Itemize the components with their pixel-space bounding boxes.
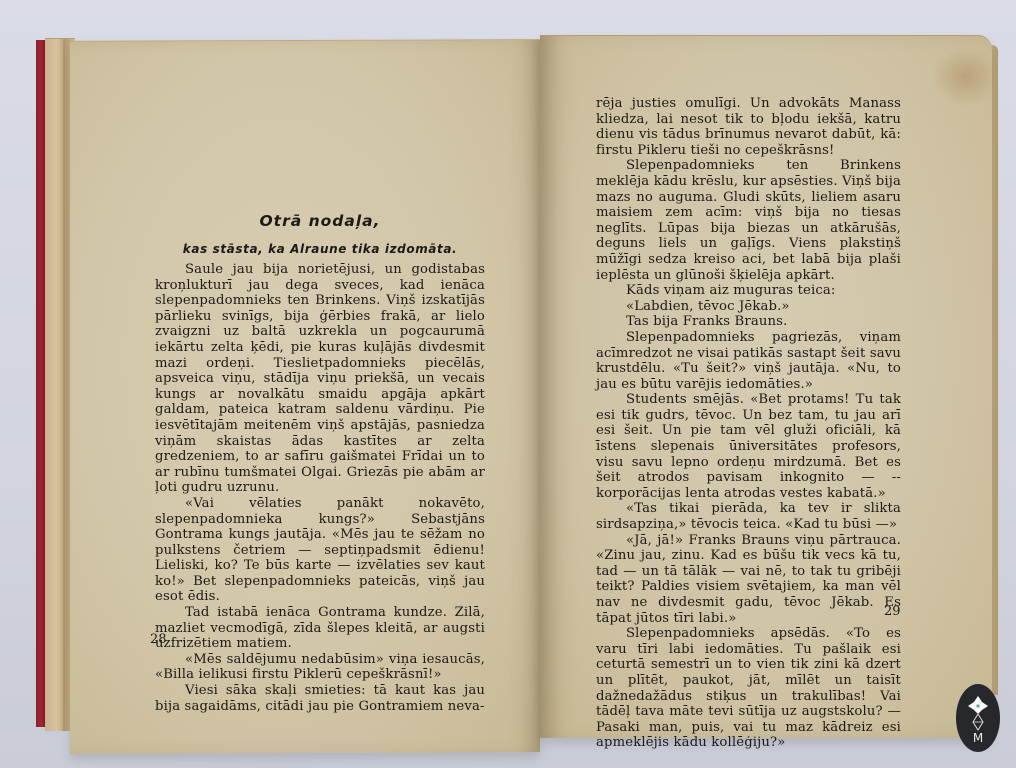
chapter-title: Otrā nodaļa, xyxy=(155,212,485,230)
svg-text:M: M xyxy=(973,731,983,745)
paragraph: «Labdien, tēvoc Jēkab.» xyxy=(596,299,901,315)
paragraph: Slepenpadomnieks pagriezās, viņam acīmre… xyxy=(596,330,901,392)
page-number-right: 29 xyxy=(884,604,901,619)
paragraph: «Mēs saldējumu nedabūsim» viņa iesaucās,… xyxy=(155,652,485,683)
diamond-flower-m-logo-icon: M xyxy=(956,684,1000,752)
paragraph: Saule jau bija norietējusi, un godistaba… xyxy=(155,262,485,496)
book-cover-spine xyxy=(36,40,45,727)
watermark-logo: M xyxy=(956,684,1000,752)
paragraph: Tad istabā ienāca Gontrama kundze. Zilā,… xyxy=(155,605,485,652)
page-number-left: 28 xyxy=(150,632,167,647)
chapter-subtitle: kas stāsta, ka Alraune tika izdomāta. xyxy=(155,242,485,256)
paragraph: «Tas tikai pierāda, ka tev ir slikta sir… xyxy=(596,501,901,532)
paragraph: Slepenpadomnieks apsēdās. «To es varu tī… xyxy=(596,626,901,751)
left-page-text: Saule jau bija norietējusi, un godistaba… xyxy=(155,262,485,714)
right-page-text: rēja justies omulīgi. Un advokāts Manass… xyxy=(596,96,901,751)
paragraph: «Jā, jā!» Franks Brauns viņu pārtrauca. … xyxy=(596,533,901,627)
paragraph: Viesi sāka skaļi smieties: tā kaut kas j… xyxy=(155,683,485,714)
paragraph: rēja justies omulīgi. Un advokāts Manass… xyxy=(596,96,901,158)
paragraph: «Vai vēlaties panākt nokavēto, slepenpad… xyxy=(155,496,485,605)
paragraph: Students smējās. «Bet protams! Tu tak es… xyxy=(596,392,901,501)
paragraph: Slepenpadomnieks ten Brinkens meklēja kā… xyxy=(596,158,901,283)
paragraph: Kāds viņam aiz muguras teica: xyxy=(596,283,901,299)
paragraph: Tas bija Franks Brauns. xyxy=(596,314,901,330)
